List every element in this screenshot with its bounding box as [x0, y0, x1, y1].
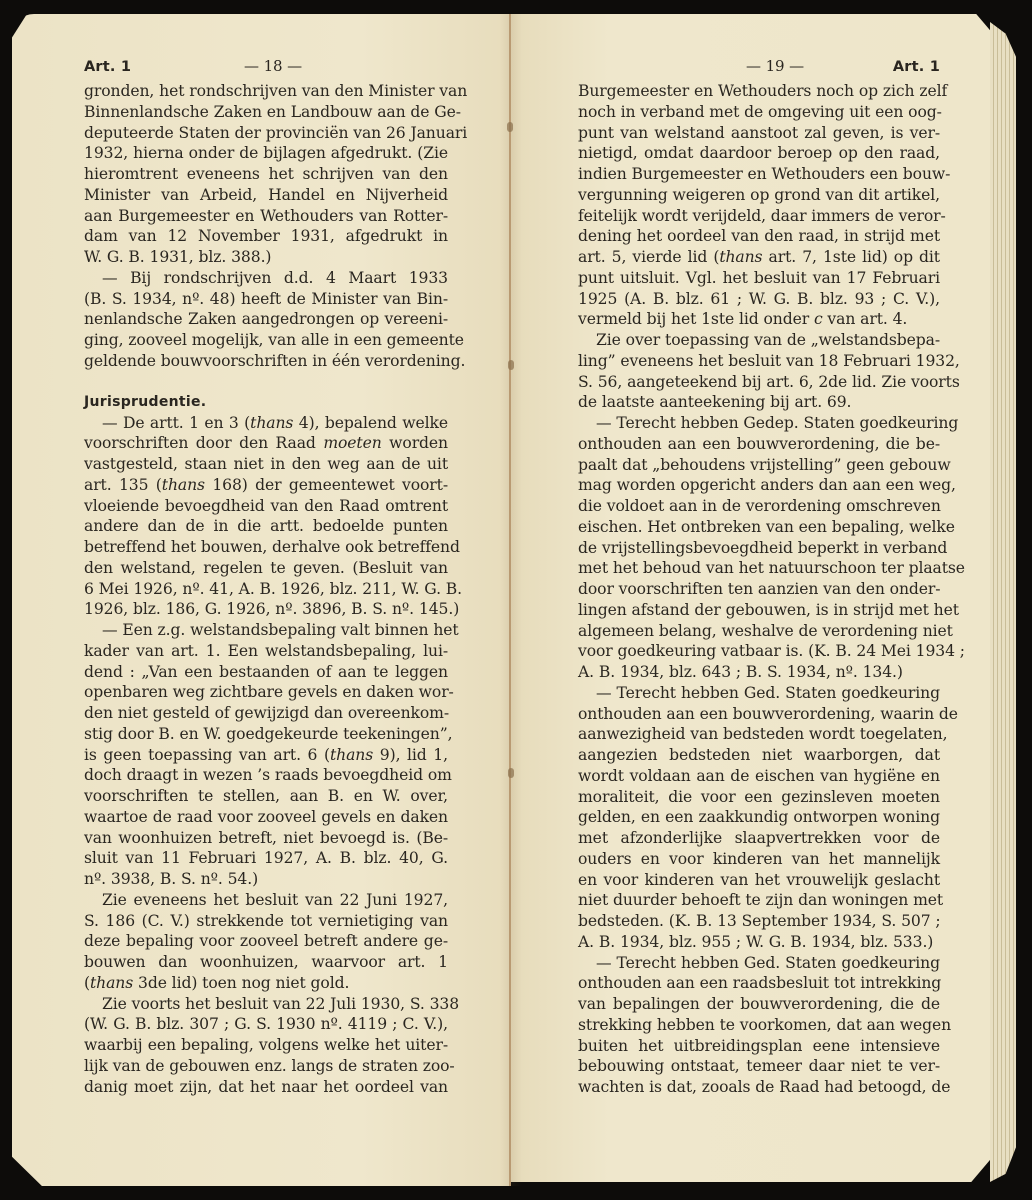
paragraph: Burgemeester en Wethouders noch op zich …: [578, 81, 940, 330]
text-line: — De artt. 1 en 3 (thans 4), bepalend we…: [84, 413, 448, 434]
text-line: art. 135 (thans 168) der gemeentewet voo…: [84, 475, 448, 496]
text-line: aangezien bedsteden niet waarborgen, dat: [578, 745, 940, 766]
text-line: — Een z.g. welstandsbepaling valt binnen…: [84, 620, 448, 641]
text-line: Zie over toepassing van de „welstandsbep…: [578, 330, 940, 351]
text-line: — Bij rondschrijven d.d. 4 Maart 1933: [84, 268, 448, 289]
text-line: deze bepaling voor zooveel betreft ander…: [84, 931, 448, 952]
text-line: waartoe de raad voor zooveel gevels en d…: [84, 807, 448, 828]
text-line: Binnenlandsche Zaken en Landbouw aan de …: [84, 102, 448, 123]
text-line: dam van 12 November 1931, afgedrukt in: [84, 226, 448, 247]
gutter-shadow: [500, 14, 522, 1186]
text-line: ging, zooveel mogelijk, van alle in een …: [84, 330, 448, 351]
text-line: met afzonderlijke slaapvertrekken voor d…: [578, 828, 940, 849]
text-line: den welstand, regelen te geven. (Besluit…: [84, 558, 448, 579]
text-line: 1932, hierna onder de bijlagen afgedrukt…: [84, 143, 448, 164]
text-line: nenlandsche Zaken aangedrongen op vereen…: [84, 309, 448, 330]
text-line: den niet gesteld of gewijzigd dan overee…: [84, 703, 448, 724]
text-line: deputeerde Staten der provinciën van 26 …: [84, 123, 448, 144]
text-line: de vrijstellingsbevoegdheid beperkt in v…: [578, 538, 940, 559]
text-line: eischen. Het ontbreken van een bepaling,…: [578, 517, 940, 538]
text-line: danig moet zijn, dat het naar het oordee…: [84, 1077, 448, 1098]
text-line: W. G. B. 1931, blz. 388.): [84, 247, 448, 268]
text-line: moraliteit, die voor een gezinsleven moe…: [578, 787, 940, 808]
text-line: hieromtrent eveneens het schrijven van d…: [84, 164, 448, 185]
text-line: — Terecht hebben Ged. Staten goedkeuring: [578, 683, 940, 704]
text-line: van woonhuizen betreft, niet bevoegd is.…: [84, 828, 448, 849]
paragraph: Zie eveneens het besluit van 22 Juni 192…: [84, 890, 448, 994]
paragraph: — Een z.g. welstandsbepaling valt binnen…: [84, 620, 448, 890]
text-line: die voldoet aan in de verordening omschr…: [578, 496, 940, 517]
text-line: niet duurder behoeft te zijn dan woninge…: [578, 890, 940, 911]
paragraph: — Terecht hebben Gedep. Staten goedkeuri…: [578, 413, 940, 683]
text-line: waarbij een bepaling, volgens welke het …: [84, 1035, 448, 1056]
text-line: voorschriften te stellen, aan B. en W. o…: [84, 786, 448, 807]
text-line: (B. S. 1934, nº. 48) heeft de Minister v…: [84, 289, 448, 310]
text-line: ouders en voor kinderen van het mannelij…: [578, 849, 940, 870]
page-edges: [990, 22, 1016, 1182]
text-line: door voorschriften ten aanzien van den o…: [578, 579, 940, 600]
text-line: aan Burgemeester en Wethouders van Rotte…: [84, 206, 448, 227]
text-line: Zie eveneens het besluit van 22 Juni 192…: [84, 890, 448, 911]
text-line: art. 5, vierde lid (thans art. 7, 1ste l…: [578, 247, 940, 268]
running-head-right: — 19 — Art. 1: [578, 56, 940, 80]
text-line: 6 Mei 1926, nº. 41, A. B. 1926, blz. 211…: [84, 579, 448, 600]
text-line: andere dan de in die artt. bedoelde punt…: [84, 516, 448, 537]
text-line: doch draagt in wezen ’s raads bevoegdhei…: [84, 765, 448, 786]
text-line: Zie voorts het besluit van 22 Juli 1930,…: [84, 994, 448, 1015]
left-page-body: gronden, het rondschrijven van den Minis…: [84, 81, 448, 1097]
text-line: — Terecht hebben Gedep. Staten goedkeuri…: [578, 413, 940, 434]
article-label: Art. 1: [84, 57, 244, 78]
running-head-left: Art. 1 — 18 —: [84, 56, 448, 80]
paragraph: — Terecht hebben Ged. Staten goedkeuring…: [578, 683, 940, 953]
text-line: betreffend het bouwen, derhalve ook betr…: [84, 537, 448, 558]
paragraph: — Terecht hebben Ged. Staten goedkeuring…: [578, 953, 940, 1098]
text-line: wachten is dat, zooals de Raad had betoo…: [578, 1077, 940, 1098]
text-line: vastgesteld, staan niet in den weg aan d…: [84, 454, 448, 475]
article-label: Art. 1: [893, 57, 940, 78]
text-line: 1926, blz. 186, G. 1926, nº. 3896, B. S.…: [84, 599, 448, 620]
text-line: aanwezigheid van bedsteden wordt toegela…: [578, 724, 940, 745]
text-line: indien Burgemeester en Wethouders een bo…: [578, 164, 940, 185]
text-line: voorschriften door den Raad moeten worde…: [84, 433, 448, 454]
paragraph: — De artt. 1 en 3 (thans 4), bepalend we…: [84, 413, 448, 621]
text-line: onthouden aan een bouwverordening, die b…: [578, 434, 940, 455]
text-line: paalt dat „behoudens vrijstelling” geen …: [578, 455, 940, 476]
text-line: A. B. 1934, blz. 955 ; W. G. B. 1934, bl…: [578, 932, 940, 953]
page-number: — 19 —: [746, 56, 804, 77]
text-line: wordt voldaan aan de eischen van hygiëne…: [578, 766, 940, 787]
text-line: Minister van Arbeid, Handel en Nijverhei…: [84, 185, 448, 206]
text-line: ling” eveneens het besluit van 18 Februa…: [578, 351, 940, 372]
text-line: en voor kinderen van het vrouwelijk gesl…: [578, 870, 940, 891]
text-line: voor goedkeuring vatbaar is. (K. B. 24 M…: [578, 641, 940, 662]
text-line: A. B. 1934, blz. 643 ; B. S. 1934, nº. 1…: [578, 662, 940, 683]
text-line: (W. G. B. blz. 307 ; G. S. 1930 nº. 4119…: [84, 1014, 448, 1035]
text-line: S. 186 (C. V.) strekkende tot vernietigi…: [84, 911, 448, 932]
text-line: dening het oordeel van den raad, in stri…: [578, 226, 940, 247]
text-line: feitelijk wordt verijdeld, daar immers d…: [578, 206, 940, 227]
text-line: stig door B. en W. goedgekeurde teekenin…: [84, 724, 448, 745]
text-line: bedsteden. (K. B. 13 September 1934, S. …: [578, 911, 940, 932]
right-page-body: Burgemeester en Wethouders noch op zich …: [578, 81, 940, 1098]
binding-thread: [509, 14, 511, 1186]
paragraph: — Bij rondschrijven d.d. 4 Maart 1933(B.…: [84, 268, 448, 372]
text-line: lijk van de gebouwen enz. langs de strat…: [84, 1056, 448, 1077]
text-line: bebouwing ontstaat, temeer daar niet te …: [578, 1056, 940, 1077]
text-line: mag worden opgericht anders dan aan een …: [578, 475, 940, 496]
text-line: de laatste aanteekening bij art. 69.: [578, 392, 940, 413]
text-line: van bepalingen der bouwverordening, die …: [578, 994, 940, 1015]
right-page-text: — 19 — Art. 1 Burgemeester en Wethouders…: [578, 56, 940, 1098]
text-line: algemeen belang, weshalve de verordening…: [578, 621, 940, 642]
text-line: punt van welstand aanstoot zal geven, is…: [578, 123, 940, 144]
text-line: vergunning weigeren op grond van dit art…: [578, 185, 940, 206]
text-line: nietigd, omdat daardoor beroep op den ra…: [578, 143, 940, 164]
stitch-mark: [508, 360, 514, 370]
text-line: S. 56, aangeteekend bij art. 6, 2de lid.…: [578, 372, 940, 393]
open-book: Art. 1 — 18 — gronden, het rondschrijven…: [0, 0, 1032, 1200]
text-line: onthouden aan een raadsbesluit tot intre…: [578, 973, 940, 994]
page-number: — 18 —: [244, 56, 302, 77]
text-line: sluit van 11 Februari 1927, A. B. blz. 4…: [84, 848, 448, 869]
text-line: 1925 (A. B. blz. 61 ; W. G. B. blz. 93 ;…: [578, 289, 940, 310]
text-line: nº. 3938, B. S. nº. 54.): [84, 869, 448, 890]
stitch-mark: [508, 768, 514, 778]
stitch-mark: [507, 122, 513, 132]
text-line: gronden, het rondschrijven van den Minis…: [84, 81, 448, 102]
paragraph: Zie voorts het besluit van 22 Juli 1930,…: [84, 994, 448, 1098]
text-line: bouwen dan woonhuizen, waarvoor art. 1: [84, 952, 448, 973]
text-line: gelden, en een zaakkundig ontworpen woni…: [578, 807, 940, 828]
text-line: punt uitsluit. Vgl. het besluit van 17 F…: [578, 268, 940, 289]
text-line: Burgemeester en Wethouders noch op zich …: [578, 81, 940, 102]
text-line: kader van art. 1. Een welstandsbepaling,…: [84, 641, 448, 662]
text-line: noch in verband met de omgeving uit een …: [578, 102, 940, 123]
text-line: vloeiende bevoegdheid van den Raad omtre…: [84, 496, 448, 517]
text-line: vermeld bij het 1ste lid onder c van art…: [578, 309, 940, 330]
text-line: (thans 3de lid) toen nog niet gold.: [84, 973, 448, 994]
section-heading: Jurisprudentie.: [84, 392, 448, 413]
text-line: onthouden aan een bouwverordening, waari…: [578, 704, 940, 725]
text-line: geldende bouwvoorschriften in één verord…: [84, 351, 448, 372]
paragraph: gronden, het rondschrijven van den Minis…: [84, 81, 448, 268]
text-line: buiten het uitbreidingsplan eene intensi…: [578, 1036, 940, 1057]
text-line: is geen toepassing van art. 6 (thans 9),…: [84, 745, 448, 766]
text-line: met het behoud van het natuurschoon ter …: [578, 558, 940, 579]
text-line: — Terecht hebben Ged. Staten goedkeuring: [578, 953, 940, 974]
paragraph: Zie over toepassing van de „welstandsbep…: [578, 330, 940, 413]
text-line: dend : „Van een bestaanden of aan te leg…: [84, 662, 448, 683]
left-page-text: Art. 1 — 18 — gronden, het rondschrijven…: [84, 56, 448, 1097]
text-line: strekking hebben te voorkomen, dat aan w…: [578, 1015, 940, 1036]
text-line: openbaren weg zichtbare gevels en daken …: [84, 682, 448, 703]
text-line: lingen afstand der gebouwen, is in strij…: [578, 600, 940, 621]
